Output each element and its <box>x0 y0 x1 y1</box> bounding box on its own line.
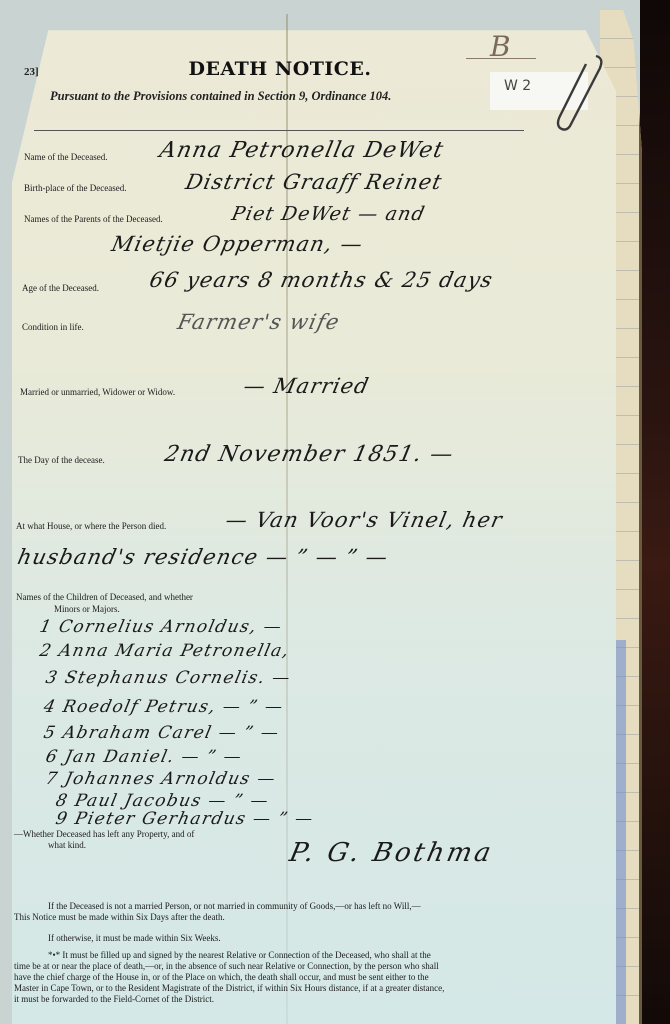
signature: P. G. Bothma <box>287 838 497 868</box>
page-subtitle: Pursuant to the Provisions contained in … <box>50 89 391 104</box>
header-rule <box>34 130 524 131</box>
child-5: 5 Abraham Carel — ” — <box>42 723 282 743</box>
child-4: 4 Roedolf Petrus, — ” — <box>42 697 286 717</box>
name-label: Name of the Deceased. <box>24 152 107 162</box>
note-para-3: have the chief charge of the House in, o… <box>14 972 574 983</box>
place-value-1: — Van Voor's Vinel, her <box>223 508 505 532</box>
children-label-2: Minors or Majors. <box>54 604 120 614</box>
birthplace-value: District Graaff Reinet <box>183 170 444 194</box>
note-line-1: If the Deceased is not a married Person,… <box>14 901 574 912</box>
child-3: 3 Stephanus Cornelis. — <box>44 668 293 688</box>
age-label: Age of the Deceased. <box>22 283 99 293</box>
note-para-2: time be at or near the place of death,—o… <box>14 961 574 972</box>
note-para-5: it must be forwarded to the Field-Cornet… <box>14 994 574 1005</box>
date-value: 2nd November 1851. — <box>162 442 456 467</box>
name-value: Anna Petronella DeWet <box>157 138 446 163</box>
child-6: 6 Jan Daniel. — ” — <box>44 747 244 767</box>
child-7: 7 Johannes Arnoldus — <box>44 769 278 789</box>
child-9: 9 Pieter Gerhardus — ” — <box>54 809 316 829</box>
instructions: If the Deceased is not a married Person,… <box>14 901 574 1005</box>
condition-label: Condition in life. <box>22 322 84 332</box>
date-label: The Day of the decease. <box>18 455 105 465</box>
age-value: 66 years 8 months & 25 days <box>147 268 495 292</box>
marital-value: — Married <box>241 374 371 398</box>
marital-label: Married or unmarried, Widower or Widow. <box>20 387 175 397</box>
place-label: At what House, or where the Person died. <box>16 521 166 531</box>
property-label-2: what kind. <box>48 840 86 850</box>
parents-value-1: Piet DeWet — and <box>230 203 428 225</box>
note-line-3: If otherwise, it must be made within Six… <box>14 933 574 944</box>
property-label-1: —Whether Deceased has left any Property,… <box>14 829 194 839</box>
parents-value-2: Mietjie Opperman, — <box>109 232 365 256</box>
child-2: 2 Anna Maria Petronella, <box>38 641 292 661</box>
page-title: DEATH NOTICE. <box>0 58 560 80</box>
paperclip-icon <box>556 52 612 132</box>
note-para-4: Master in Cape Town, or to the Resident … <box>14 983 574 994</box>
children-label-1: Names of the Children of Deceased, and w… <box>16 592 193 602</box>
place-value-2: husband's residence — ” — ” — <box>15 545 390 569</box>
condition-value: Farmer's wife <box>175 310 342 334</box>
parents-label: Names of the Parents of the Deceased. <box>24 214 163 224</box>
note-line-2: This Notice must be made within Six Days… <box>14 912 574 923</box>
child-1: 1 Cornelius Arnoldus, — <box>38 617 284 637</box>
birthplace-label: Birth-place of the Deceased. <box>24 183 126 193</box>
note-para-1: *•* It must be filled up and signed by t… <box>14 950 574 961</box>
child-8: 8 Paul Jacobus — ” — <box>54 791 271 811</box>
